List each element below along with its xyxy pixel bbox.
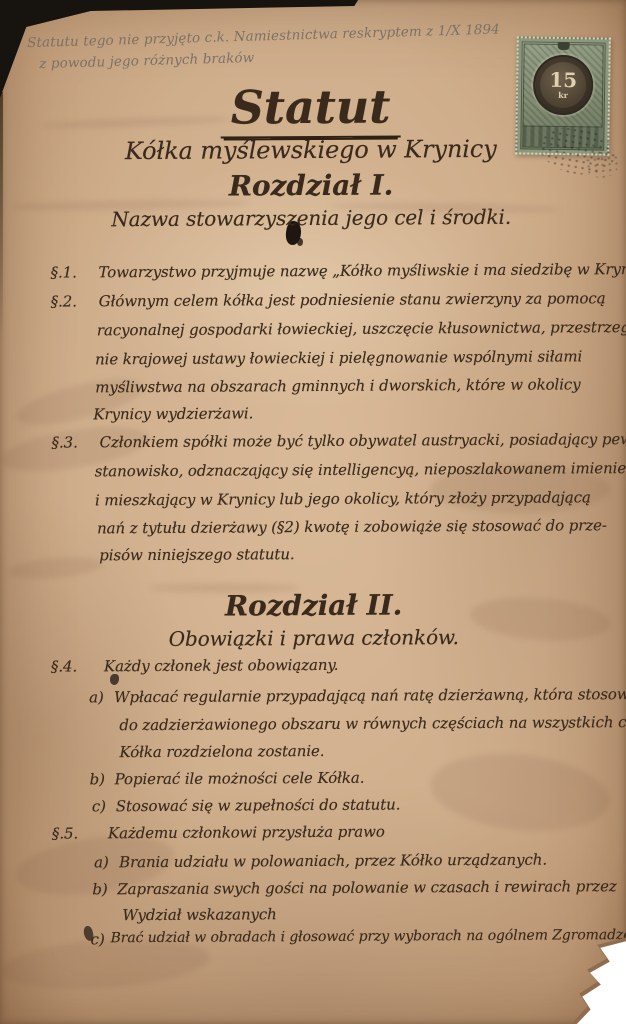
document-scan: 15 kr Statutu tego nie przyjęto c.k. Nam…: [0, 0, 626, 1024]
section4a-line: Kółka rozdzielona zostanie.: [119, 742, 324, 761]
chapter1-subheading: Nazwa stowarzyszenia jego cel i środki.: [0, 204, 624, 232]
section3-label: §.3.: [52, 433, 78, 451]
section1-line: Towarzystwo przyjmuje nazwę „Kółko myśli…: [98, 260, 626, 281]
manuscript-content: Statutu tego nie przyjęto c.k. Namiestni…: [0, 0, 626, 1024]
section4b-line: Popierać ile możności cele Kółka.: [115, 769, 365, 789]
section4a-label: a): [89, 688, 104, 706]
section5b-label: b): [92, 880, 107, 898]
section4c-label: c): [92, 797, 106, 815]
document-subtitle: Kółka myślewskiego w Krynicy: [0, 134, 624, 166]
section5-label: §.5.: [52, 824, 78, 842]
section3-line: i mieszkający w Krynicy lub jego okolicy…: [95, 488, 591, 509]
section3-line: stanowisko, odznaczający się intelligenc…: [95, 459, 626, 480]
section4-label: §.4.: [51, 657, 77, 675]
chapter1-heading: Rozdział I.: [0, 167, 624, 204]
section4a-line: Wpłacać regularnie przypadającą nań ratę…: [114, 685, 626, 706]
section2-line: myśliwstwa na obszarach gminnych i dwors…: [95, 375, 580, 396]
section4c-line: Stosować się w zupełności do statutu.: [116, 795, 401, 815]
chapter2-heading: Rozdział II.: [0, 587, 626, 624]
section5c-line: Brać udział w obradach i głosować przy w…: [111, 927, 626, 946]
section2-label: §.2.: [51, 292, 77, 310]
section4-intro: Każdy członek jest obowiązany.: [104, 656, 339, 675]
pencil-annotation-line1: Statutu tego nie przyjęto c.k. Namiestni…: [27, 21, 500, 51]
document-title-text: Statut: [221, 79, 401, 138]
section5b-line: Wydział wskazanych: [122, 905, 276, 924]
section5-intro: Każdemu członkowi przysłuża prawo: [108, 823, 385, 843]
section2-line: Głównym celem kółka jest podniesienie st…: [99, 289, 606, 310]
section5c-label: c): [91, 930, 105, 948]
section1-label: §.1.: [50, 263, 76, 281]
section3-line: Członkiem spółki może być tylko obywatel…: [100, 430, 626, 451]
section5a-label: a): [94, 853, 109, 871]
section2-line: Krynicy wydzierżawi.: [93, 404, 253, 423]
section5a-line: Brania udziału w polowaniach, przez Kółk…: [119, 851, 547, 872]
section4a-line: do zadzierżawionego obszaru w równych cz…: [119, 713, 626, 734]
pencil-annotation-line2: z powodu jego różnych braków: [39, 50, 254, 72]
chapter2-subheading: Obowiązki i prawa członków.: [1, 624, 626, 652]
section4b-label: b): [90, 770, 105, 788]
section3-line: pisów niniejszego statutu.: [99, 545, 294, 564]
section3-line: nań z tytułu dzierżawy (§2) kwotę i zobo…: [97, 516, 607, 537]
section2-line: nie krajowej ustawy łowieckiej i pielęgn…: [95, 347, 582, 368]
document-title: Statut: [0, 78, 624, 136]
section5b-line: Zapraszania swych gości na polowanie w c…: [117, 877, 616, 898]
section2-line: racyonalnej gospodarki łowieckiej, uszcz…: [97, 318, 626, 339]
